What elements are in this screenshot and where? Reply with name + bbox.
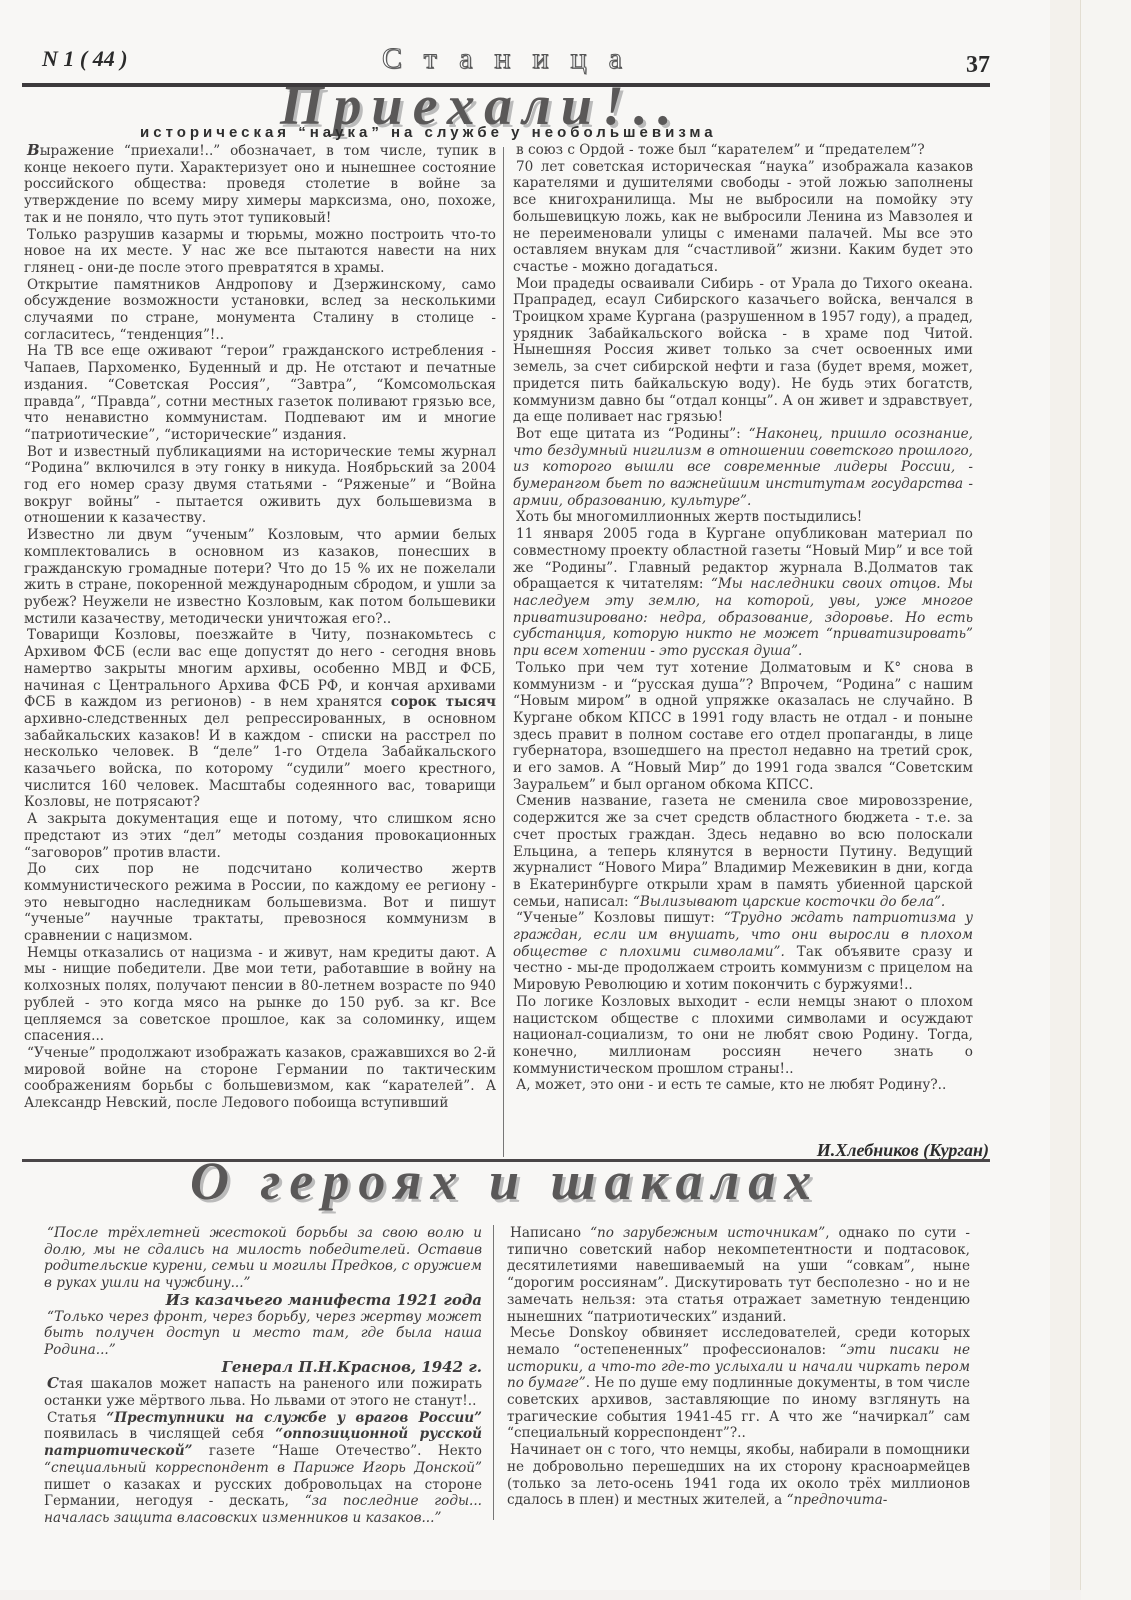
epigraph-source: Генерал П.Н.Краснов, 1942 г.	[44, 1359, 482, 1376]
author-signature: И.Хлебников (Курган)	[817, 1140, 989, 1161]
paragraph: По логике Козловых выходит - если немцы …	[513, 994, 973, 1078]
article2-column-1: “После трёхлетней жестокой борьбы за сво…	[44, 1225, 482, 1527]
article-subtitle: историческая “наука” на службе у необоль…	[140, 124, 900, 141]
paragraph: Начинает он с того, что немцы, якобы, на…	[507, 1442, 970, 1509]
paragraph: Сменив название, газета не сменила свое …	[513, 793, 973, 910]
article-title-2: О героях и шакалах	[190, 1150, 820, 1212]
issue-number: N 1 ( 44 )	[42, 46, 128, 72]
paragraph: На ТВ все еще оживают “герои” гражданско…	[24, 343, 496, 443]
paragraph: Статья “Преступники на службе у врагов Р…	[44, 1410, 482, 1527]
page-number: 37	[966, 52, 990, 79]
epigraph-source: Из казачьего манифеста 1921 года	[44, 1292, 482, 1309]
quote: “Вылизывают царские косточки до бела”.	[633, 894, 945, 910]
paragraph: Вот и известный публикациями на историче…	[24, 444, 496, 528]
drop-cap: В	[27, 141, 40, 159]
paragraph: Известно ли двум “ученым” Козловым, что …	[24, 527, 496, 627]
page-edge	[1050, 0, 1081, 1590]
paragraph: “Ученые” Козловы пишут: “Трудно ждать па…	[513, 910, 973, 994]
paragraph: Месье Donskoy обвиняет исследователей, с…	[507, 1325, 970, 1442]
page-edge-background	[1081, 0, 1131, 1600]
drop-cap: С	[47, 1374, 59, 1392]
paragraph: Хоть бы многомиллионных жертв постыдилис…	[513, 509, 973, 526]
article2-column-2: Написано “по зарубежным источникам”, одн…	[507, 1225, 970, 1509]
article-column-2: в союз с Ордой - тоже был “карателем” и …	[513, 142, 973, 1094]
paragraph: Выражение “приехали!..” обозначает, в то…	[24, 142, 496, 227]
masthead: Станица	[382, 42, 644, 76]
paragraph: Открытие памятников Андропову и Дзержинс…	[24, 277, 496, 344]
paragraph: 11 января 2005 года в Кургане опубликова…	[513, 526, 973, 660]
column-divider	[493, 1225, 494, 1520]
paragraph: А, может, это они - и есть те самые, кто…	[513, 1077, 973, 1094]
column-divider	[503, 147, 504, 1157]
paragraph: Товарищи Козловы, поезжайте в Читу, позн…	[24, 627, 496, 811]
paragraph: А закрыта документация еще и потому, что…	[24, 811, 496, 861]
epigraph: “Только через фронт, через борьбу, через…	[44, 1309, 482, 1359]
bold-phrase: сорок тысяч	[391, 694, 496, 710]
paragraph: Только разрушив казармы и тюрьмы, можно …	[24, 227, 496, 277]
paragraph: в союз с Ордой - тоже был “карателем” и …	[513, 142, 973, 159]
paragraph: Мои прадеды осваивали Сибирь - от Урала …	[513, 276, 973, 426]
paragraph: Немцы отказались от нацизма - и живут, н…	[24, 945, 496, 1045]
epigraph: “После трёхлетней жестокой борьбы за сво…	[44, 1225, 482, 1292]
paragraph: До сих пор не подсчитано количество жерт…	[24, 861, 496, 945]
paragraph: Только при чем тут хотение Долматовым и …	[513, 660, 973, 794]
paragraph: Написано “по зарубежным источникам”, одн…	[507, 1225, 970, 1325]
paragraph: Стая шакалов может напасть на раненого и…	[44, 1375, 482, 1409]
paragraph: Вот еще цитата из “Родины”: “Наконец, пр…	[513, 426, 973, 510]
paragraph: 70 лет советская историческая “наука” из…	[513, 159, 973, 276]
article-column-1: Выражение “приехали!..” обозначает, в то…	[24, 142, 496, 1112]
paragraph: “Ученые” продолжают изображать казаков, …	[24, 1045, 496, 1112]
